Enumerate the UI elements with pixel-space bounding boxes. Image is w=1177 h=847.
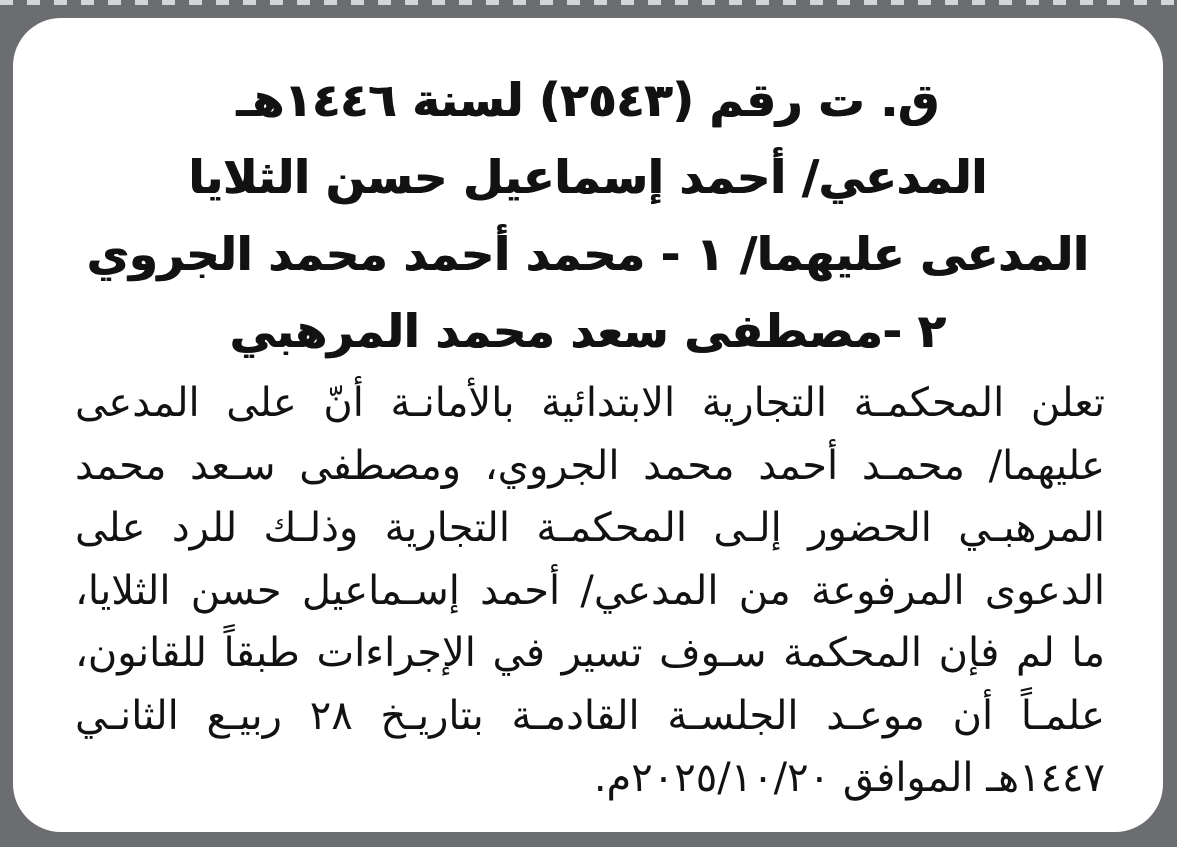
notice-body-line: علمـاً أن موعـد الجلسـة القادمـة بتاريـخ… [75, 685, 1105, 748]
newspaper-notice: ق. ت رقم (٢٥٤٣) لسنة ١٤٤٦هـ المدعي/ أحمد… [0, 0, 1177, 847]
notice-body: تعلن المحكمـة التجارية الابتدائية بالأما… [13, 372, 1163, 810]
notice-body-line: عليهما/ محمـد أحمد محمد الجروي، ومصطفى س… [75, 435, 1105, 498]
notice-headings: ق. ت رقم (٢٥٤٣) لسنة ١٤٤٦هـ المدعي/ أحمد… [13, 62, 1163, 370]
plaintiff-line: المدعي/ أحمد إسماعيل حسن الثلايا [13, 139, 1163, 216]
notice-body-line: ما لم فإن المحكمة سـوف تسير في الإجراءات… [75, 622, 1105, 685]
notice-body-line: المرهبـي الحضور إلـى المحكمـة التجارية و… [75, 497, 1105, 560]
case-number-line: ق. ت رقم (٢٥٤٣) لسنة ١٤٤٦هـ [13, 62, 1163, 139]
notice-body-line-last: ١٤٤٧هـ الموافق ٢٠٢٥/١٠/٢٠م. [75, 747, 1105, 810]
defendants-line-1: المدعى عليهما/ ١ - محمد أحمد محمد الجروي [13, 216, 1163, 293]
scan-edge-artifact [0, 0, 1177, 5]
notice-paper: ق. ت رقم (٢٥٤٣) لسنة ١٤٤٦هـ المدعي/ أحمد… [13, 18, 1163, 832]
defendants-line-2: ٢ -مصطفى سعد محمد المرهبي [13, 293, 1163, 370]
notice-body-line: الدعوى المرفوعة من المدعي/ أحمد إسـماعيل… [75, 560, 1105, 623]
notice-body-line: تعلن المحكمـة التجارية الابتدائية بالأما… [75, 372, 1105, 435]
